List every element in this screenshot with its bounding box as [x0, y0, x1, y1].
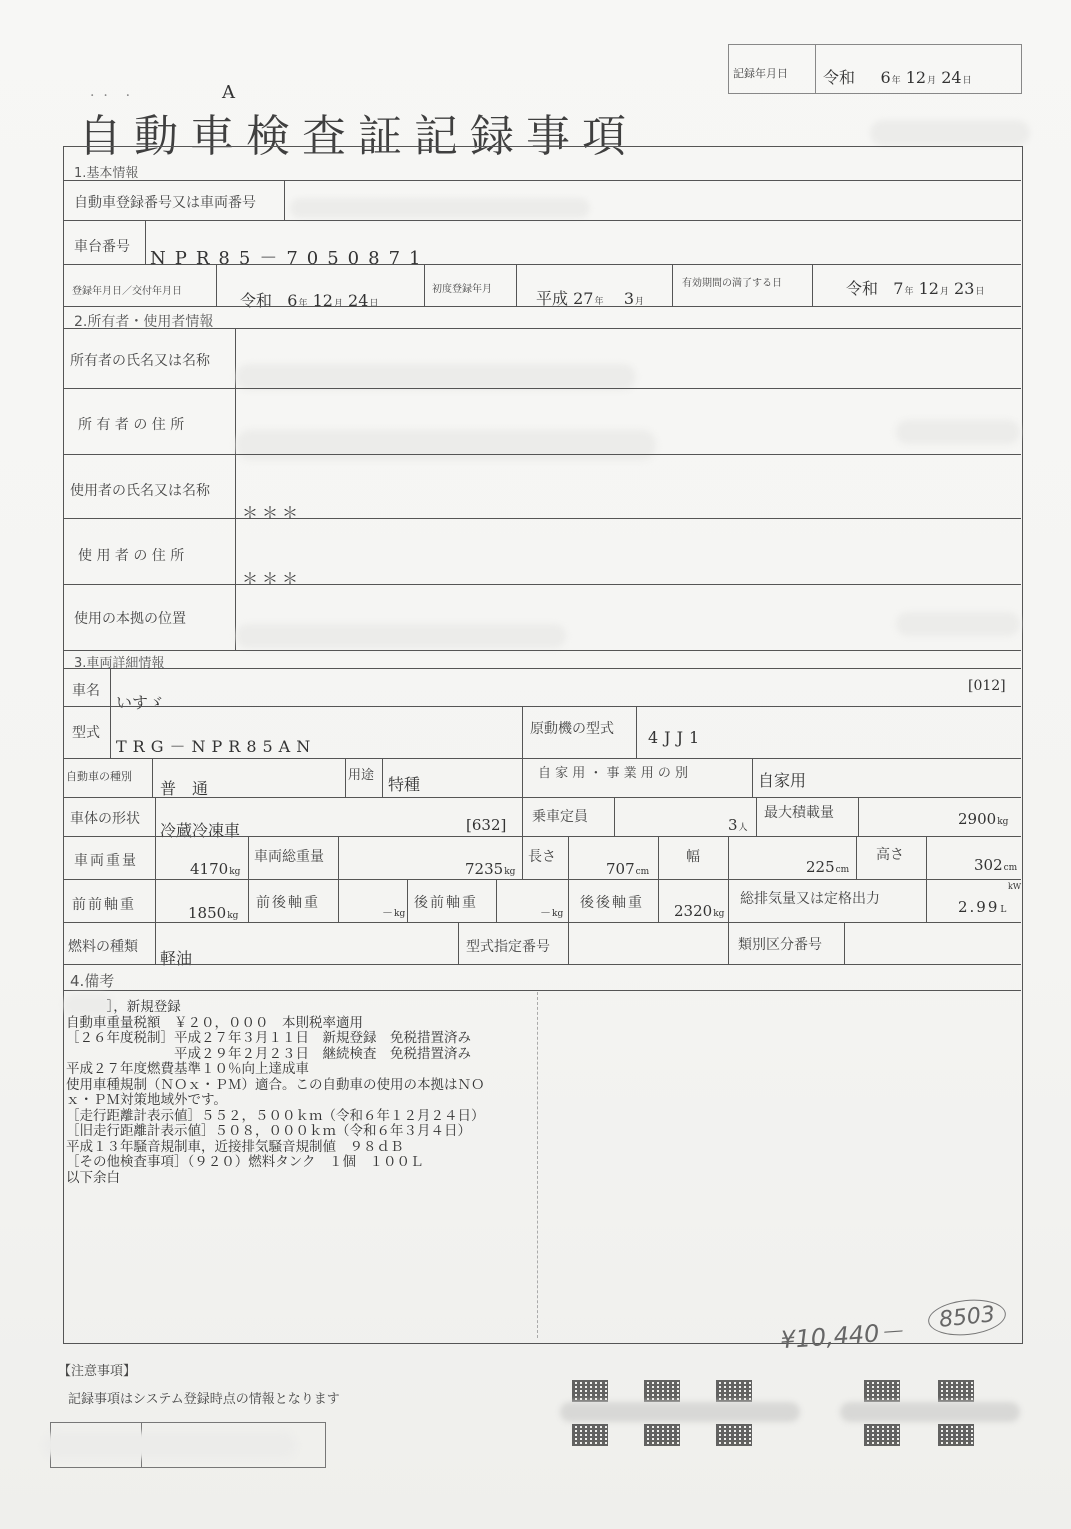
- chassis-value: NPR85－7050871: [150, 244, 429, 270]
- qr-code-icon: [938, 1380, 974, 1402]
- model-label: 型式: [72, 722, 100, 742]
- remarks-line: ｘ・ＰＭ対策地域外です。: [66, 1093, 485, 1109]
- body-shape-code: [632]: [466, 816, 506, 834]
- base-location-redacted: [236, 624, 566, 648]
- displacement-value: 2.99L: [958, 898, 1008, 916]
- qr-code-icon: [864, 1380, 900, 1402]
- chassis-label: 車台番号: [74, 236, 130, 256]
- rr-axle-value: 2320kg: [674, 902, 724, 920]
- body-shape-label: 車体の形状: [70, 808, 140, 828]
- model-value: TRG－NPR85AN: [116, 734, 316, 757]
- usage-value: 特種: [388, 772, 420, 795]
- reg-number-label: 自動車登録番号又は車両番号: [74, 192, 256, 212]
- displacement-unit-kw: kW: [1008, 882, 1021, 891]
- notice-heading: 【注意事項】: [58, 1360, 136, 1379]
- remarks-line: ［その他検査事項］（９２０）燃料タンク １個 １００Ｌ: [66, 1155, 485, 1171]
- footer-box-redacted: [44, 1432, 296, 1458]
- gross-weight-label: 車両総重量: [254, 846, 324, 866]
- qr-redacted-2: [840, 1402, 1020, 1422]
- issue-date-value: 令和 6年 12月 24日: [240, 288, 378, 311]
- qr-code-icon: [572, 1380, 608, 1402]
- qr-code-icon: [864, 1424, 900, 1446]
- remarks-line: 以下余白: [66, 1171, 485, 1187]
- usage-label: 用途: [348, 764, 374, 783]
- remarks-line: ［２６年度税制］平成２７年３月１１日 新規登録 免税措置済み: [66, 1031, 485, 1047]
- category-number-label: 類別区分番号: [738, 934, 822, 954]
- car-name-label: 車名: [72, 680, 100, 700]
- qr-code-icon: [938, 1424, 974, 1446]
- user-address-value: ＊＊＊: [242, 566, 302, 589]
- gross-weight-value: 7235kg: [465, 860, 515, 878]
- displacement-label: 総排気量又は定格出力: [740, 888, 880, 908]
- record-date-value: 令和 6年 12月 24日: [823, 65, 972, 88]
- body-shape-value: 冷蔵冷凍車: [160, 818, 240, 841]
- expiry-label: 有効期間の満了する日: [682, 274, 782, 289]
- engine-model-value: 4JJ1: [648, 728, 705, 747]
- remarks-divider: [537, 992, 538, 1338]
- width-label: 幅: [686, 846, 700, 866]
- engine-model-label: 原動機の型式: [530, 718, 614, 738]
- vehicle-weight-label: 車両重量: [74, 850, 138, 870]
- notice-text: 記録事項はシステム登録時点の情報となります: [68, 1388, 340, 1407]
- first-reg-label: 初度登録年月: [432, 280, 492, 295]
- capacity-value: 3人: [728, 816, 748, 834]
- user-name-value: ＊＊＊: [242, 500, 302, 523]
- car-name-value: いすゞ: [116, 690, 164, 713]
- height-value: 302cm: [974, 856, 1017, 874]
- remarks-line: ［走行距離計表示値］５５２，５００ｋｍ（令和６年１２月２４日）: [66, 1109, 485, 1125]
- vehicle-weight-value: 4170kg: [190, 860, 240, 878]
- qr-code-icon: [572, 1424, 608, 1446]
- vehicle-type-value: 普 通: [160, 776, 208, 799]
- private-business-value: 自家用: [758, 768, 806, 791]
- owner-address-redacted-2: [896, 420, 1020, 444]
- remarks-line: ］，新規登録: [66, 1000, 485, 1016]
- length-value: 707cm: [606, 860, 649, 878]
- rr-axle-label: 後後軸重: [580, 892, 644, 912]
- height-label: 高さ: [876, 844, 904, 864]
- ff-axle-label: 前前軸重: [72, 894, 136, 914]
- length-label: 長さ: [528, 846, 556, 866]
- remarks-line: 平成２７年度燃費基準１０％向上達成車: [66, 1062, 485, 1078]
- record-date-box: 記録年月日 令和 6年 12月 24日: [728, 44, 1022, 94]
- base-location-label: 使用の本拠の位置: [74, 608, 186, 628]
- reg-number-redacted: [290, 198, 590, 218]
- type-designation-label: 型式指定番号: [466, 936, 550, 956]
- owner-name-label: 所有者の氏名又は名称: [70, 350, 210, 370]
- base-location-redacted-2: [896, 612, 1020, 636]
- ff-axle-value: 1850kg: [188, 904, 238, 922]
- redacted-area: [870, 120, 1030, 146]
- document-page: 記録年月日 令和 6年 12月 24日 · · · A 自動車検査証記録事項 1…: [0, 0, 1071, 1529]
- issue-date-label: 登録年月日／交付年月日: [72, 282, 182, 297]
- owner-name-redacted: [236, 364, 636, 390]
- user-name-label: 使用者の氏名又は名称: [70, 480, 210, 500]
- capacity-label: 乗車定員: [532, 806, 588, 826]
- remarks-line: ［旧走行距離計表示値］５０８，０００ｋｍ（令和６年３月４日）: [66, 1124, 485, 1140]
- remarks-text: ］，新規登録自動車重量税額 ￥２０，０００ 本則税率適用［２６年度税制］平成２７…: [66, 1000, 485, 1186]
- remarks-line: 自動車重量税額 ￥２０，０００ 本則税率適用: [66, 1016, 485, 1032]
- qr-code-icon: [644, 1380, 680, 1402]
- fuel-label: 燃料の種類: [68, 936, 138, 956]
- qr-code-icon: [644, 1424, 680, 1446]
- remarks-line: 使用車種規制（ＮＯｘ・ＰＭ）適合。この自動車の使用の本拠はＮＯ: [66, 1078, 485, 1094]
- record-date-label: 記録年月日: [733, 65, 788, 81]
- expiry-value: 令和 7年 12月 23日: [846, 276, 984, 299]
- qr-redacted: [560, 1402, 800, 1422]
- qr-code-icon: [716, 1424, 752, 1446]
- owner-address-redacted: [236, 430, 656, 460]
- user-address-label: 使 用 者 の 住 所: [78, 545, 184, 565]
- vehicle-type-label: 自動車の種別: [66, 768, 132, 784]
- remarks-line: 平成１３年騒音規制車，近接排気騒音規制値 ９８ｄＢ: [66, 1140, 485, 1156]
- max-load-value: 2900kg: [958, 810, 1008, 828]
- width-value: 225cm: [806, 858, 849, 876]
- rf-axle-label: 後前軸重: [414, 892, 478, 912]
- rf-axle-value: －kg: [540, 904, 563, 920]
- section-4-heading: 4.備考: [70, 970, 114, 991]
- car-name-code: [012]: [968, 678, 1006, 694]
- fr-axle-value: －kg: [382, 904, 405, 920]
- remarks-line: 平成２９年２月２３日 継続検査 免税措置済み: [66, 1047, 485, 1063]
- fuel-value: 軽油: [160, 946, 192, 969]
- qr-code-icon: [716, 1380, 752, 1402]
- owner-address-label: 所 有 者 の 住 所: [78, 414, 184, 434]
- private-business-label: 自 家 用 ・ 事 業 用 の 別: [538, 762, 688, 781]
- fr-axle-label: 前後軸重: [256, 892, 320, 912]
- handwritten-price: ¥10,440－: [779, 1312, 904, 1356]
- section-1-heading: 1.基本情報: [74, 162, 138, 181]
- max-load-label: 最大積載量: [764, 802, 834, 822]
